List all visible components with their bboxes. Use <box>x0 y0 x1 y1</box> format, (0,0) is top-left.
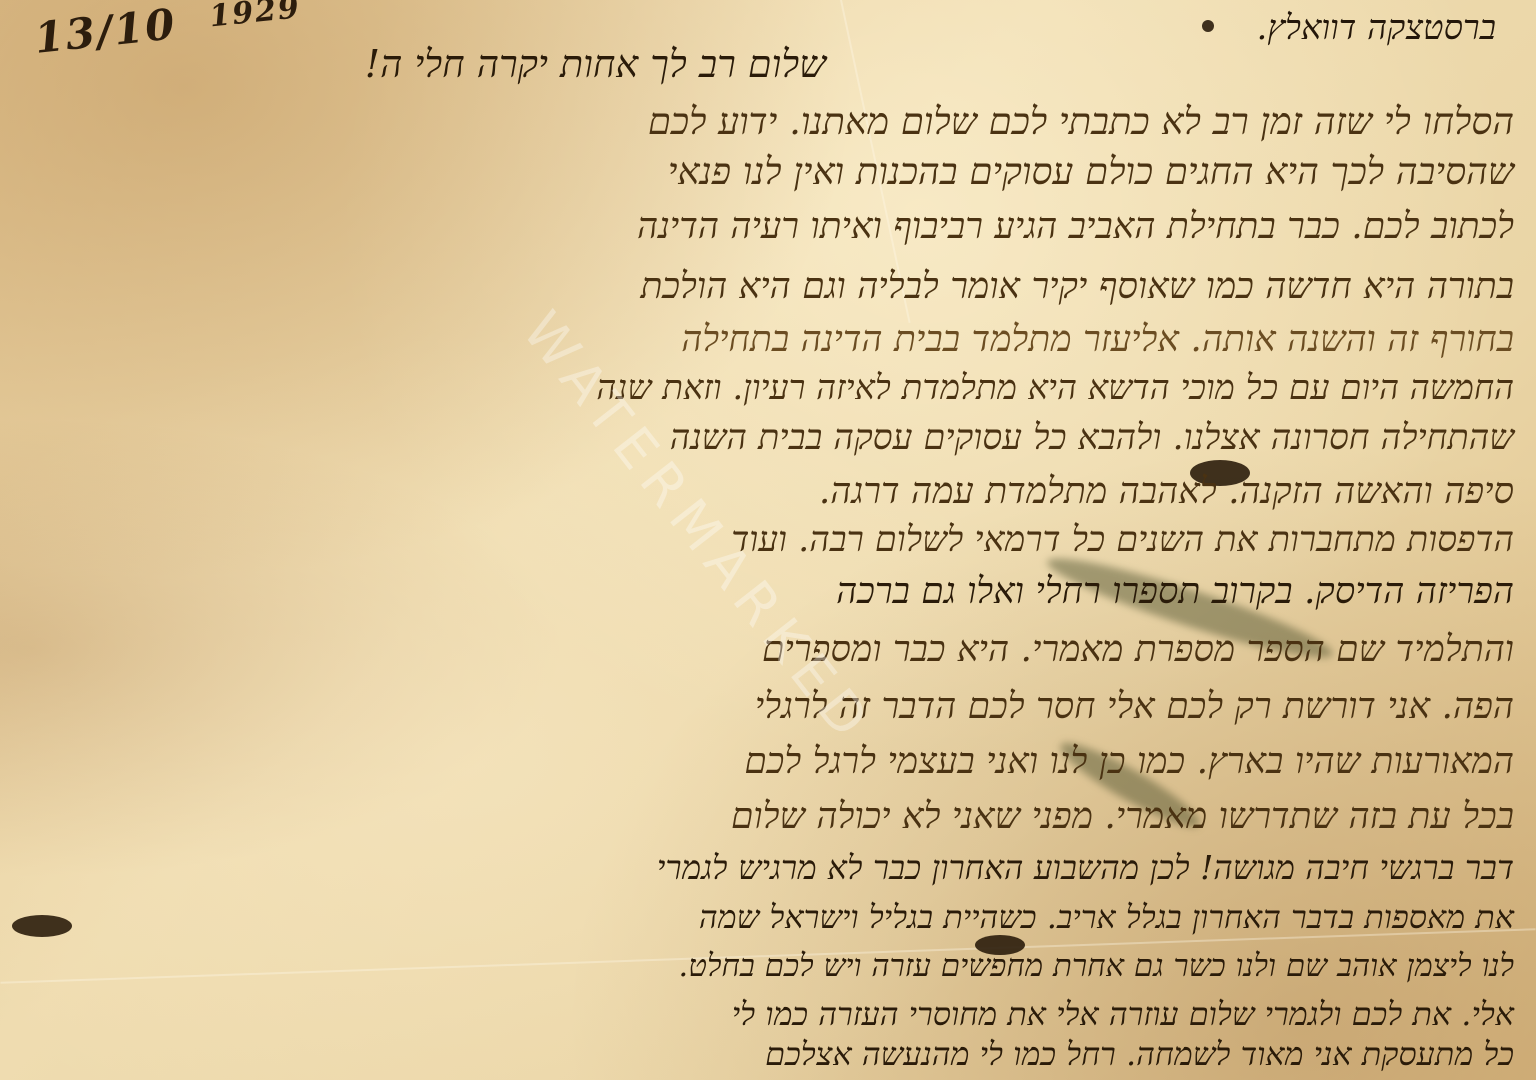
letter-line-10: הפריזה הדיסק. בקרוב תספרו רחלי ואלו גם ב… <box>836 570 1514 612</box>
letter-line-13: המאורעות שהיו בארץ. כמו כן לנו ואני בעצמ… <box>744 740 1514 782</box>
place-header: ברסטצקה דוואלץ. <box>1257 8 1496 48</box>
postcard: 13/101929 ברסטצקה דוואלץ. שלום רב לך אחו… <box>0 0 1536 1080</box>
letter-line-16: את מאספות בדבר האחרון בגלל אריב. כשהיית … <box>699 898 1514 936</box>
letter-line-17: לנו ליצמן אוהב שם ולנו כשר גם אחרת מחפשי… <box>678 948 1514 984</box>
letter-line-1: הסלחו לי שזה זמן רב לא כתבתי לכם שלום מא… <box>648 100 1514 144</box>
date-day-month: 13/10 <box>32 0 179 63</box>
letter-line-4: בתורה היא חדשה כמו שאוסף יקיר אומר לבליה… <box>640 265 1514 307</box>
letter-line-18: אלי. את לכם ולגמרי שלום עוזרה אלי את מחו… <box>732 995 1514 1033</box>
letter-line-11: והתלמיד שם הספר מספרת מאמרי. היא כבר ומס… <box>762 628 1514 670</box>
letter-line-9: הדפסות מתחברות את השנים כל דרמאי לשלום ר… <box>731 520 1514 560</box>
letter-line-19: כל מתעסקת אני מאוד לשמחה. רחל כמו לי מהנ… <box>765 1035 1514 1073</box>
letter-line-3: לכתוב לכם. כבר בתחילת האביב הגיע רביבוף … <box>637 205 1514 247</box>
letter-line-14: בכל עת בזה שתדרשו מאמרי. מפני שאני לא יכ… <box>731 795 1514 837</box>
letter-line-15: דבר ברגשי חיבה מגושה! לכן מהשבוע האחרון … <box>657 848 1514 888</box>
date-year: 1929 <box>208 0 303 34</box>
letter-line-2: שהסיבה לכך היא החגים כולם עסוקים בהכנות … <box>668 150 1514 194</box>
greeting-line: שלום רב לך אחות יקרה חלי ה! <box>365 42 826 87</box>
letter-line-5: בחורף זה והשנה אותה. אליעזר מתלמד בבית ה… <box>681 318 1514 360</box>
letter-date: 13/101929 <box>32 0 303 63</box>
ink-blot <box>12 915 72 937</box>
ink-blot <box>1202 20 1214 32</box>
letter-line-7: שהתחילה חסרונה אצלנו. ולהבא כל עסוקים עס… <box>670 418 1514 458</box>
letter-line-6: החמשה היום עם כל מוכי הדשא היא מתלמדת לא… <box>596 368 1514 408</box>
letter-line-8: סיפה והאשה הזקנה. לאהבה מתלמדת עמה דרגה. <box>819 470 1514 512</box>
